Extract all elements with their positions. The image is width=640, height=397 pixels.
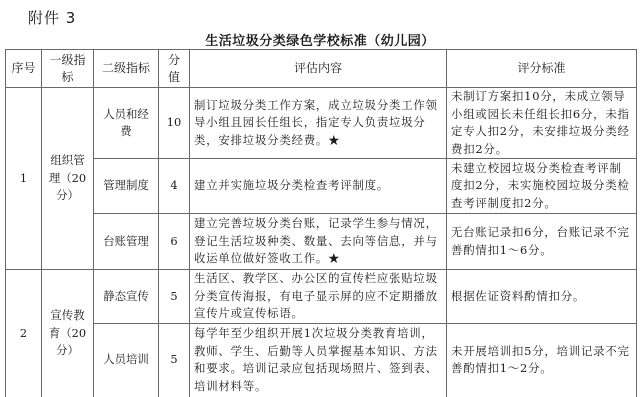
group-no: 2 bbox=[6, 270, 42, 397]
content-cell: 建立完善垃圾分类台账，记录学生参与情况，登记生活垃圾种类、数量、去向等信息，并与… bbox=[190, 214, 447, 270]
header-level2: 二级指标 bbox=[94, 50, 159, 88]
content-cell: 生活区、教学区、办公区的宣传栏应张贴垃圾分类宣传海报，有电子显示屏的应不定期播放… bbox=[190, 270, 447, 324]
score-cell: 6 bbox=[159, 214, 190, 270]
header-level1: 一级指标 bbox=[42, 50, 94, 88]
criteria-cell: 根据佐证资料酌情扣分。 bbox=[447, 270, 637, 324]
score-cell: 5 bbox=[159, 323, 190, 397]
level2-cell: 人员和经费 bbox=[94, 88, 159, 159]
content-cell: 建立并实施垃圾分类检查考评制度。 bbox=[190, 159, 447, 214]
group-no: 1 bbox=[6, 88, 42, 270]
content-cell: 每学年至少组织开展1次垃圾分类教育培训，教师、学生、后勤等人员掌握基本知识、方法… bbox=[190, 323, 447, 397]
level2-cell: 管理制度 bbox=[94, 159, 159, 214]
content-cell: 制订垃圾分类工作方案，成立垃圾分类工作领导小组且园长任组长，指定专人负责垃圾分类… bbox=[190, 88, 447, 159]
table-row: 人员培训 5 每学年至少组织开展1次垃圾分类教育培训，教师、学生、后勤等人员掌握… bbox=[6, 323, 637, 397]
header-no: 序号 bbox=[6, 50, 42, 88]
group-level1: 组织管理（20分） bbox=[42, 88, 94, 270]
level2-cell: 静态宣传 bbox=[94, 270, 159, 324]
standards-table: 序号 一级指标 二级指标 分值 评估内容 评分标准 1 组织管理（20分） 人员… bbox=[5, 49, 637, 397]
attachment-label: 附件 3 bbox=[28, 7, 76, 28]
header-content: 评估内容 bbox=[190, 50, 447, 88]
table-header-row: 序号 一级指标 二级指标 分值 评估内容 评分标准 bbox=[6, 50, 637, 88]
criteria-cell: 无台账记录扣6分，台账记录不完善酌情扣1～6分。 bbox=[447, 214, 637, 270]
group-level1: 宣传教育（20分） bbox=[42, 270, 94, 397]
table-row: 管理制度 4 建立并实施垃圾分类检查考评制度。 未建立校园垃圾分类检查考评制度扣… bbox=[6, 159, 637, 214]
table-row: 1 组织管理（20分） 人员和经费 10 制订垃圾分类工作方案，成立垃圾分类工作… bbox=[6, 88, 637, 159]
criteria-cell: 未建立校园垃圾分类检查考评制度扣2分，未实施校园垃圾分类检查考评制度扣2分。 bbox=[447, 159, 637, 214]
score-cell: 5 bbox=[159, 270, 190, 324]
criteria-cell: 未制订方案扣10分，未成立领导小组或园长未任组长扣6分，未指定专人扣2分，未安排… bbox=[447, 88, 637, 159]
table-row: 2 宣传教育（20分） 静态宣传 5 生活区、教学区、办公区的宣传栏应张贴垃圾分… bbox=[6, 270, 637, 324]
header-criteria: 评分标准 bbox=[447, 50, 637, 88]
level2-cell: 人员培训 bbox=[94, 323, 159, 397]
score-cell: 4 bbox=[159, 159, 190, 214]
document-title: 生活垃圾分类绿色学校标准（幼儿园） bbox=[0, 30, 640, 49]
criteria-cell: 未开展培训扣5分，培训记录不完善酌情扣1～2分。 bbox=[447, 323, 637, 397]
score-cell: 10 bbox=[159, 88, 190, 159]
header-score: 分值 bbox=[159, 50, 190, 88]
level2-cell: 台账管理 bbox=[94, 214, 159, 270]
table-row: 台账管理 6 建立完善垃圾分类台账，记录学生参与情况，登记生活垃圾种类、数量、去… bbox=[6, 214, 637, 270]
